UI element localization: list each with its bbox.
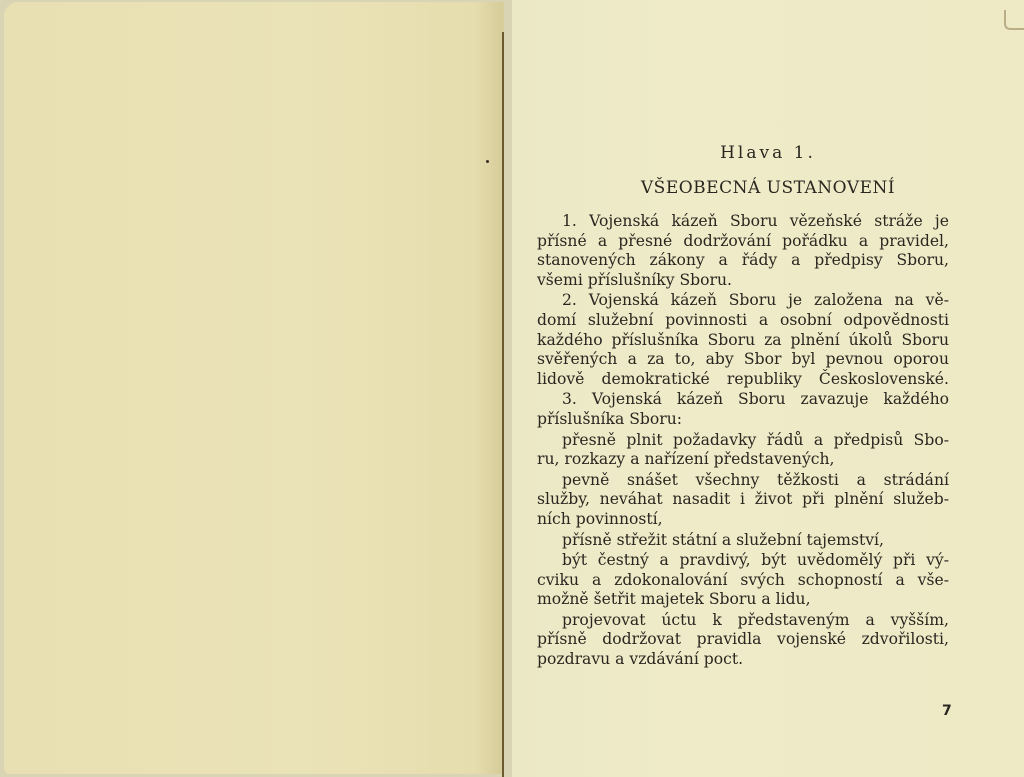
left-page-blank (4, 2, 504, 774)
paper-speck (486, 160, 489, 163)
book-gutter (502, 32, 504, 777)
text-line: pevně snášet všechny těžkosti a strádání (537, 471, 949, 491)
text-line: 3. Vojenská kázeň Sboru zavazuje každého (537, 390, 949, 410)
text-line: možně šetřit majetek Sboru a lidu, (537, 590, 949, 610)
text-line: domí služební povinnosti a osobní odpově… (537, 311, 949, 331)
obligation-3: přísně střežit státní a služební tajemst… (537, 531, 949, 551)
paragraph-1: 1. Vojenská kázeň Sboru vězeňské stráže … (537, 212, 949, 290)
text-line: cviku a zdokonalování svých schopností a… (537, 571, 949, 591)
chapter-title: VŠEOBECNÁ USTANOVENÍ (512, 178, 1024, 198)
text-line: 1. Vojenská kázeň Sboru vězeňské stráže … (537, 212, 949, 232)
paragraph-3: 3. Vojenská kázeň Sboru zavazuje každého… (537, 390, 949, 429)
text-line: přísné a přesné dodržování pořádku a pra… (537, 232, 949, 252)
obligation-2: pevně snášet všechny těžkosti a strádání… (537, 471, 949, 530)
text-line: přísně střežit státní a služební tajemst… (537, 531, 949, 551)
obligation-1: přesně plnit požadavky řádů a předpisů S… (537, 431, 949, 470)
text-line: každého příslušníka Sboru za plnění úkol… (537, 331, 949, 351)
obligation-5: projevovat úctu k představeným a vyšším,… (537, 611, 949, 670)
body-text: 1. Vojenská kázeň Sboru vězeňské stráže … (537, 212, 949, 671)
paragraph-2: 2. Vojenská kázeň Sboru je založena na v… (537, 291, 949, 389)
text-line: všemi příslušníky Sboru. (537, 271, 949, 291)
text-line: lidově demokratické republiky Českoslove… (537, 370, 949, 390)
text-line: být čestný a pravdivý, být uvědomělý při… (537, 551, 949, 571)
text-line: svěřených a za to, aby Sbor byl pevnou o… (537, 350, 949, 370)
obligation-4: být čestný a pravdivý, být uvědomělý při… (537, 551, 949, 610)
text-line: projevovat úctu k představeným a vyšším, (537, 611, 949, 631)
text-line: přísně dodržovat pravidla vojenské zdvoř… (537, 630, 949, 650)
page-corner-fold (1004, 10, 1024, 30)
text-line: služby, neváhat nasadit i život při plně… (537, 490, 949, 510)
text-line: 2. Vojenská kázeň Sboru je založena na v… (537, 291, 949, 311)
text-line: ru, rozkazy a nařízení představených, (537, 450, 949, 470)
text-line: ních povinností, (537, 510, 949, 530)
chapter-label: Hlava 1. (512, 143, 1024, 163)
page-number: 7 (942, 703, 952, 719)
text-line: pozdravu a vzdávání poct. (537, 650, 949, 670)
text-line: stanovených zákony a řády a předpisy Sbo… (537, 251, 949, 271)
book-spread: Hlava 1. VŠEOBECNÁ USTANOVENÍ 1. Vojensk… (0, 0, 1024, 777)
text-line: příslušníka Sboru: (537, 410, 949, 430)
text-line: přesně plnit požadavky řádů a předpisů S… (537, 431, 949, 451)
